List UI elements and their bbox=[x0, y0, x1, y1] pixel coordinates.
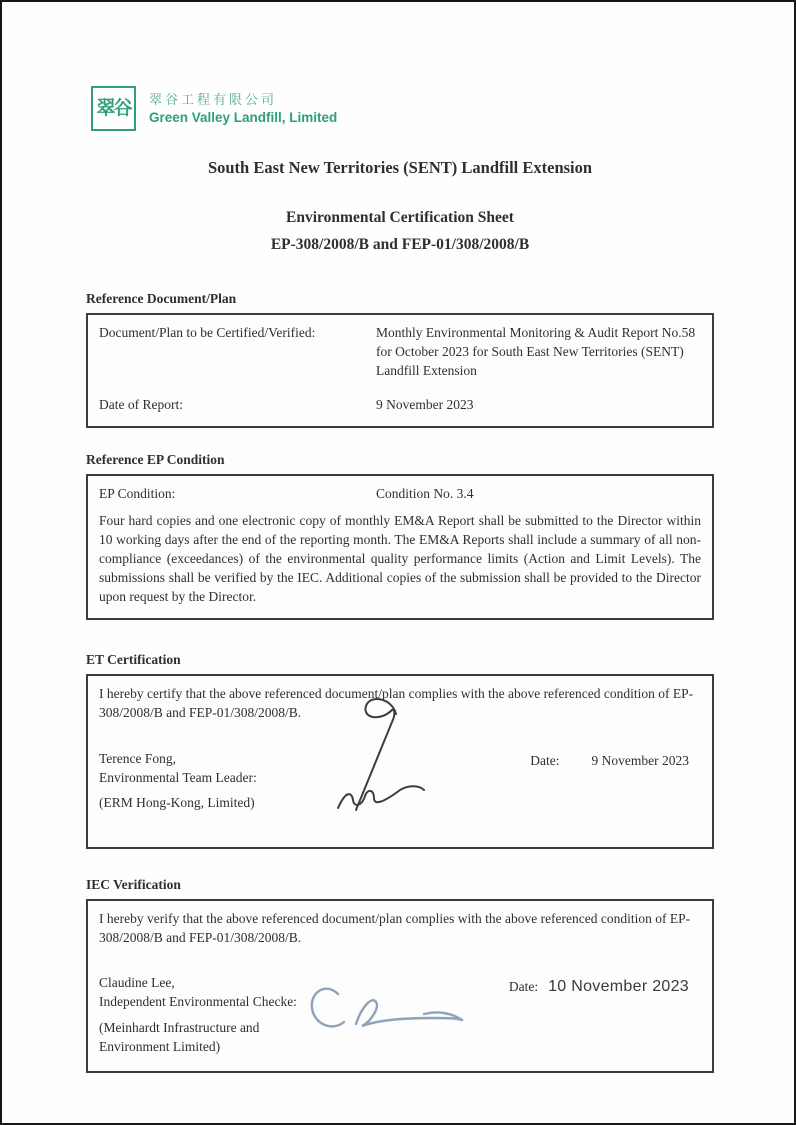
sheet-title: Environmental Certification Sheet bbox=[86, 209, 714, 227]
section-heading-ep-condition: Reference EP Condition bbox=[86, 452, 714, 468]
permit-numbers: EP-308/2008/B and FEP-01/308/2008/B bbox=[86, 236, 714, 254]
et-signatory-role: Environmental Team Leader: bbox=[99, 769, 701, 788]
date-of-report-label: Date of Report: bbox=[99, 396, 376, 415]
company-logo: 翠谷 翠谷工程有限公司 Green Valley Landfill, Limit… bbox=[91, 86, 714, 131]
table-row: Date of Report: 9 November 2023 bbox=[99, 396, 701, 415]
iec-verification-statement: I hereby verify that the above reference… bbox=[99, 910, 701, 948]
reference-document-box: Document/Plan to be Certified/Verified: … bbox=[86, 313, 714, 428]
logo-text-block: 翠谷工程有限公司 Green Valley Landfill, Limited bbox=[149, 91, 337, 126]
company-name-english: Green Valley Landfill, Limited bbox=[149, 109, 337, 127]
et-certification-box: I hereby certify that the above referenc… bbox=[86, 674, 714, 849]
table-row: Document/Plan to be Certified/Verified: … bbox=[99, 324, 701, 381]
section-heading-reference-document: Reference Document/Plan bbox=[86, 291, 714, 307]
ep-condition-value: Condition No. 3.4 bbox=[376, 485, 701, 504]
ep-condition-box: EP Condition: Condition No. 3.4 Four har… bbox=[86, 474, 714, 620]
iec-signature-row: Claudine Lee, Independent Environmental … bbox=[99, 974, 701, 1060]
document-plan-label: Document/Plan to be Certified/Verified: bbox=[99, 324, 376, 381]
et-signatory-org: (ERM Hong-Kong, Limited) bbox=[99, 794, 701, 813]
et-date-label: Date: bbox=[530, 752, 559, 771]
iec-signatory-org-line1: (Meinhardt Infrastructure and bbox=[99, 1019, 701, 1038]
logo-seal-text: 翠谷 bbox=[96, 99, 130, 118]
et-date-group: Date: 9 November 2023 bbox=[530, 752, 689, 771]
page-content: 翠谷 翠谷工程有限公司 Green Valley Landfill, Limit… bbox=[2, 2, 794, 1073]
section-heading-et-certification: ET Certification bbox=[86, 652, 714, 668]
ep-condition-label: EP Condition: bbox=[99, 485, 376, 504]
iec-verification-box: I hereby verify that the above reference… bbox=[86, 899, 714, 1074]
et-signature-row: Terence Fong, Environmental Team Leader:… bbox=[99, 750, 701, 836]
company-name-chinese: 翠谷工程有限公司 bbox=[149, 91, 337, 109]
document-plan-value: Monthly Environmental Monitoring & Audit… bbox=[376, 324, 701, 381]
et-certification-statement: I hereby certify that the above referenc… bbox=[99, 685, 701, 723]
certification-sheet-page: 翠谷 翠谷工程有限公司 Green Valley Landfill, Limit… bbox=[0, 0, 796, 1125]
iec-date-label: Date: bbox=[509, 978, 538, 997]
logo-seal-icon: 翠谷 bbox=[91, 86, 136, 131]
iec-signatory-org-line2: Environment Limited) bbox=[99, 1038, 701, 1057]
iec-date-value: 10 November 2023 bbox=[548, 976, 689, 998]
page-title: South East New Territories (SENT) Landfi… bbox=[86, 158, 714, 178]
table-row: EP Condition: Condition No. 3.4 bbox=[99, 485, 701, 504]
iec-date-group: Date: 10 November 2023 bbox=[509, 976, 689, 998]
ep-condition-description: Four hard copies and one electronic copy… bbox=[99, 512, 701, 606]
et-date-value: 9 November 2023 bbox=[592, 752, 689, 771]
section-heading-iec-verification: IEC Verification bbox=[86, 877, 714, 893]
date-of-report-value: 9 November 2023 bbox=[376, 396, 701, 415]
